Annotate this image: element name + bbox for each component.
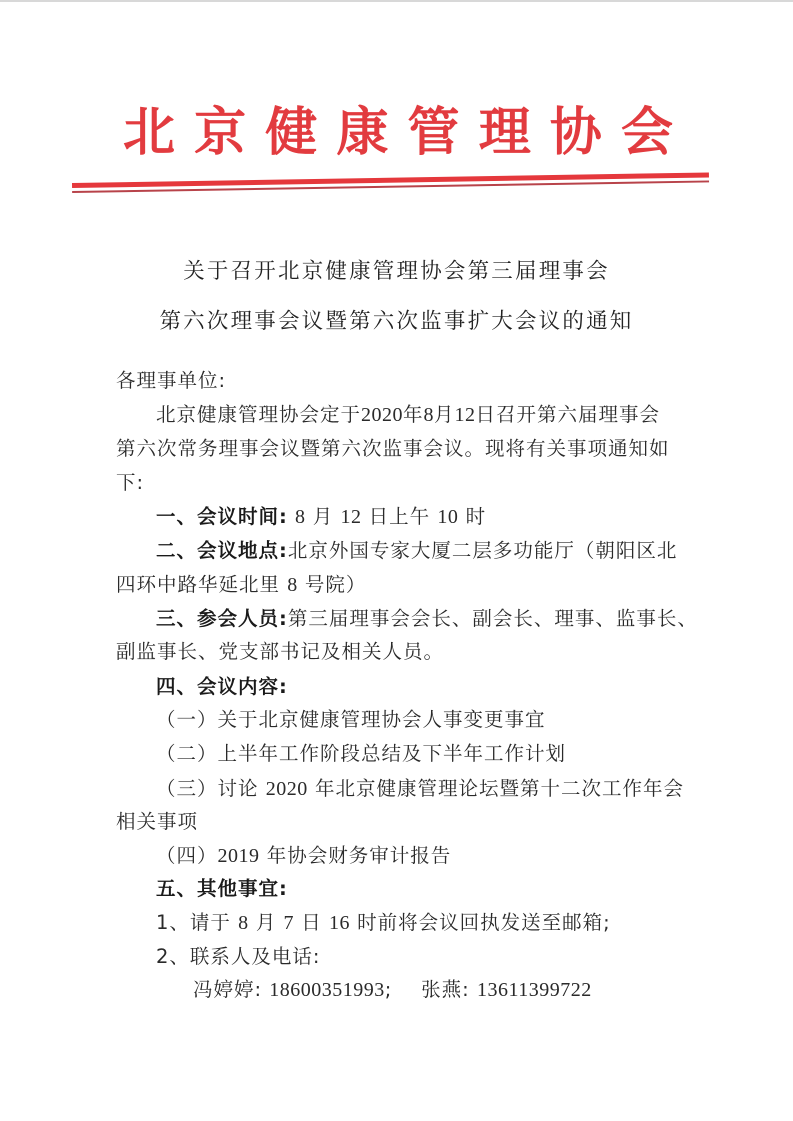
deadline-month: 8 xyxy=(238,912,249,934)
letterhead-char: 康 xyxy=(331,100,393,166)
time-day: 12 xyxy=(340,506,361,528)
deadline-hour: 16 xyxy=(329,912,350,934)
section-label: 二、会议地点: xyxy=(156,539,288,562)
agenda-item-prefix: （四） xyxy=(156,844,218,867)
section-label: 一、会议时间: xyxy=(156,505,288,528)
other-item-text: 1、请于 xyxy=(156,911,231,934)
time-unit: 时 xyxy=(466,505,487,528)
letterhead-char: 北 xyxy=(118,100,180,166)
section-attendees: 三、参会人员:第三届理事会会长、副会长、理事、监事长、 xyxy=(156,604,698,634)
scan-edge xyxy=(0,0,793,2)
intro-year: 2020 xyxy=(361,404,403,426)
time-hour: 10 xyxy=(437,506,458,528)
agenda-item-year: 2020 xyxy=(266,778,308,800)
venue-number: 8 xyxy=(287,574,298,596)
section-label: 五、其他事宜: xyxy=(156,877,288,900)
other-item-deadline: 1、请于 8 月 7 日 16 时前将会议回执发送至邮箱; xyxy=(156,908,611,938)
document-title-line-2: 第六次理事会议暨第六次监事扩大会议的通知 xyxy=(0,307,793,337)
intro-line-1: 北京健康管理协会定于2020年8月12日召开第六届理事会 xyxy=(156,400,660,430)
time-month: 8 xyxy=(295,506,306,528)
agenda-item-prefix: （一） xyxy=(156,708,218,731)
section-meeting-time: 一、会议时间: 8 月 12 日上午 10 时 xyxy=(156,502,486,532)
contacts-line: 冯婷婷: 18600351993; 张燕: 13611399722 xyxy=(193,975,592,1005)
intro-text: 日召开第六届理事会 xyxy=(476,403,661,426)
venue-continuation: 四环中路华延北里 8 号院） xyxy=(116,570,366,600)
agenda-item-text: 关于北京健康管理协会人事变更事宜 xyxy=(218,708,546,731)
contact-name: 张燕: xyxy=(421,978,470,1001)
letterhead-char: 协 xyxy=(545,100,607,166)
intro-text: 月 xyxy=(434,403,455,426)
agenda-item-prefix: （二） xyxy=(156,742,218,765)
other-item-text: 日 xyxy=(301,911,322,934)
contact-phone: 18600351993 xyxy=(269,979,385,1001)
intro-day: 12 xyxy=(455,404,476,426)
section-label: 四、会议内容: xyxy=(156,675,288,698)
agenda-item-continuation: 相关事项 xyxy=(116,807,198,837)
agenda-item: （二）上半年工作阶段总结及下半年工作计划 xyxy=(156,739,566,769)
agenda-item-text: 讨论 xyxy=(218,777,259,800)
intro-text: 北京健康管理协会定于 xyxy=(156,403,361,426)
contact-phone: 13611399722 xyxy=(477,979,592,1001)
section-label: 三、参会人员: xyxy=(156,607,288,630)
agenda-item-prefix: （三） xyxy=(156,777,218,800)
intro-text: 年 xyxy=(403,403,424,426)
section-other: 五、其他事宜: xyxy=(156,874,288,904)
agenda-item-text: 年协会财务审计报告 xyxy=(267,844,452,867)
venue-text: 四环中路华延北里 xyxy=(116,573,280,596)
agenda-item: （四）2019 年协会财务审计报告 xyxy=(156,841,451,871)
other-item-text: 时前将会议回执发送至邮箱; xyxy=(357,911,611,934)
intro-month: 8 xyxy=(424,404,435,426)
agenda-item-year: 2019 xyxy=(218,845,260,867)
contact-separator: ; xyxy=(385,978,393,1001)
venue-text: 北京外国专家大厦二层多功能厅（朝阳区北 xyxy=(288,539,678,562)
salutation: 各理事单位: xyxy=(116,366,226,396)
document-title-line-1: 关于召开北京健康管理协会第三届理事会 xyxy=(0,257,793,287)
letterhead-char: 健 xyxy=(260,100,322,166)
agenda-item: （一）关于北京健康管理协会人事变更事宜 xyxy=(156,705,546,735)
attendees-continuation: 副监事长、党支部书记及相关人员。 xyxy=(116,637,444,667)
agenda-item-text: 年北京健康管理论坛暨第十二次工作年会 xyxy=(315,777,684,800)
other-item-contacts: 2、联系人及电话: xyxy=(156,942,320,972)
letterhead-char: 管 xyxy=(403,100,465,166)
section-meeting-venue: 二、会议地点:北京外国专家大厦二层多功能厅（朝阳区北 xyxy=(156,536,677,566)
deadline-day: 7 xyxy=(284,912,295,934)
letterhead-char: 京 xyxy=(189,100,251,166)
letterhead-divider xyxy=(72,161,709,196)
attendees-text: 第三届理事会会长、副会长、理事、监事长、 xyxy=(288,607,698,630)
agenda-item: （三）讨论 2020 年北京健康管理论坛暨第十二次工作年会 xyxy=(156,774,684,804)
letterhead: 北 京 健 康 管 理 协 会 xyxy=(118,100,678,166)
intro-line-3: 下: xyxy=(116,468,144,498)
letterhead-char: 会 xyxy=(616,100,678,166)
time-unit: 日上午 xyxy=(369,505,431,528)
section-agenda: 四、会议内容: xyxy=(156,672,288,702)
venue-text: 号院） xyxy=(305,573,367,596)
intro-line-2: 第六次常务理事会议暨第六次监事会议。现将有关事项通知如 xyxy=(116,434,670,464)
letterhead-char: 理 xyxy=(474,100,536,166)
contact-name: 冯婷婷: xyxy=(193,978,262,1001)
agenda-item-text: 上半年工作阶段总结及下半年工作计划 xyxy=(218,742,567,765)
other-item-text: 月 xyxy=(256,911,277,934)
time-unit: 月 xyxy=(313,505,334,528)
